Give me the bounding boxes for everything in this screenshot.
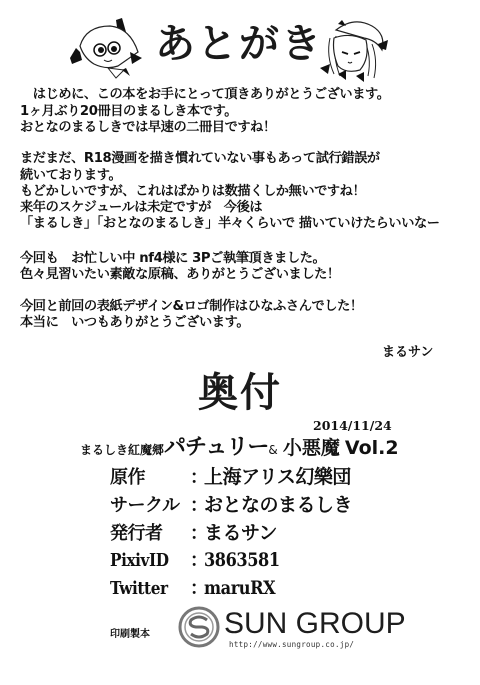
printer-name: SUN GROUP bbox=[224, 608, 406, 640]
sun-group-logo-icon bbox=[178, 606, 220, 652]
afterword-line: 色々見習いたい素敵な原稿、ありがとうございました！ bbox=[20, 267, 340, 283]
info-label: サークル bbox=[110, 491, 190, 517]
patchouli-chibi-illustration bbox=[316, 16, 392, 88]
book-title-name2: 小悪魔 bbox=[283, 437, 340, 459]
info-colon: ： bbox=[190, 519, 204, 545]
printer-url: http://www.sungroup.co.jp/ bbox=[229, 640, 354, 649]
info-row-pixiv-id: PixivID ： 3863581 bbox=[110, 546, 293, 572]
info-colon: ： bbox=[190, 574, 204, 600]
info-label: 原作 bbox=[110, 463, 190, 489]
afterword-line: おとなのまるしきでは早速の二冊目ですね！ bbox=[20, 120, 276, 136]
info-row-circle: サークル ： おとなのまるしき bbox=[110, 490, 352, 517]
book-title-prefix: まるしき紅魔郷 bbox=[80, 443, 164, 457]
info-value: おとなのまるしき bbox=[204, 490, 352, 517]
colophon-title: 奥付 bbox=[0, 370, 480, 416]
afterword-line: 今回も お忙しい中 nf4様に 3Pご執筆頂きました。 bbox=[20, 251, 325, 267]
info-value: maruRX bbox=[204, 577, 275, 599]
afterword-line: 1ヶ月ぶり20冊目のまるしき本です。 bbox=[20, 104, 237, 120]
afterword-line: 「まるしき」「おとなのまるしき」半々くらいで 描いていけたらいいなー bbox=[20, 216, 440, 232]
info-colon: ： bbox=[190, 491, 204, 517]
afterword-signature: まるサン bbox=[382, 341, 433, 360]
afterword-line: 来年のスケジュールは未定ですが 今後は bbox=[20, 200, 262, 216]
printer-label: 印刷製本 bbox=[110, 625, 150, 640]
book-title-ampersand: & bbox=[268, 443, 277, 457]
remilia-chibi-illustration bbox=[68, 18, 144, 84]
info-value: 3863581 bbox=[204, 549, 280, 571]
book-title-name1: パチュリー bbox=[164, 435, 268, 460]
info-label: PixivID bbox=[110, 550, 178, 571]
afterword-line: はじめに、この本をお手にとって頂きありがとうございます。 bbox=[20, 87, 390, 103]
afterword-line: まだまだ、R18漫画を描き慣れていない事もあって試行錯誤が bbox=[20, 151, 380, 167]
book-title: まるしき紅魔郷パチュリー& 小悪魔 Vol.2 bbox=[80, 430, 399, 461]
afterword-line: 続いております。 bbox=[20, 168, 121, 184]
info-colon: ： bbox=[190, 546, 204, 572]
info-value: まるサン bbox=[204, 518, 277, 545]
info-label: Twitter bbox=[110, 578, 178, 599]
info-colon: ： bbox=[190, 463, 204, 489]
info-value: 上海アリス幻樂団 bbox=[204, 462, 351, 489]
afterword-line: もどかしいですが、これはばかりは数描くしか無いですね！ bbox=[20, 184, 365, 200]
afterword-line: 今回と前回の表紙デザイン&ロゴ制作はひなふさんでした！ bbox=[20, 299, 363, 315]
info-row-original-work: 原作 ： 上海アリス幻樂団 bbox=[110, 462, 351, 489]
info-row-publisher: 発行者 ： まるサン bbox=[110, 518, 277, 545]
info-row-twitter: Twitter ： maruRX bbox=[110, 574, 288, 600]
afterword-title: あとがき bbox=[155, 22, 323, 66]
info-label: 発行者 bbox=[110, 519, 190, 545]
afterword-line: 本当に いつもありがとうございます。 bbox=[20, 315, 249, 331]
book-title-volume: Vol.2 bbox=[345, 437, 399, 459]
